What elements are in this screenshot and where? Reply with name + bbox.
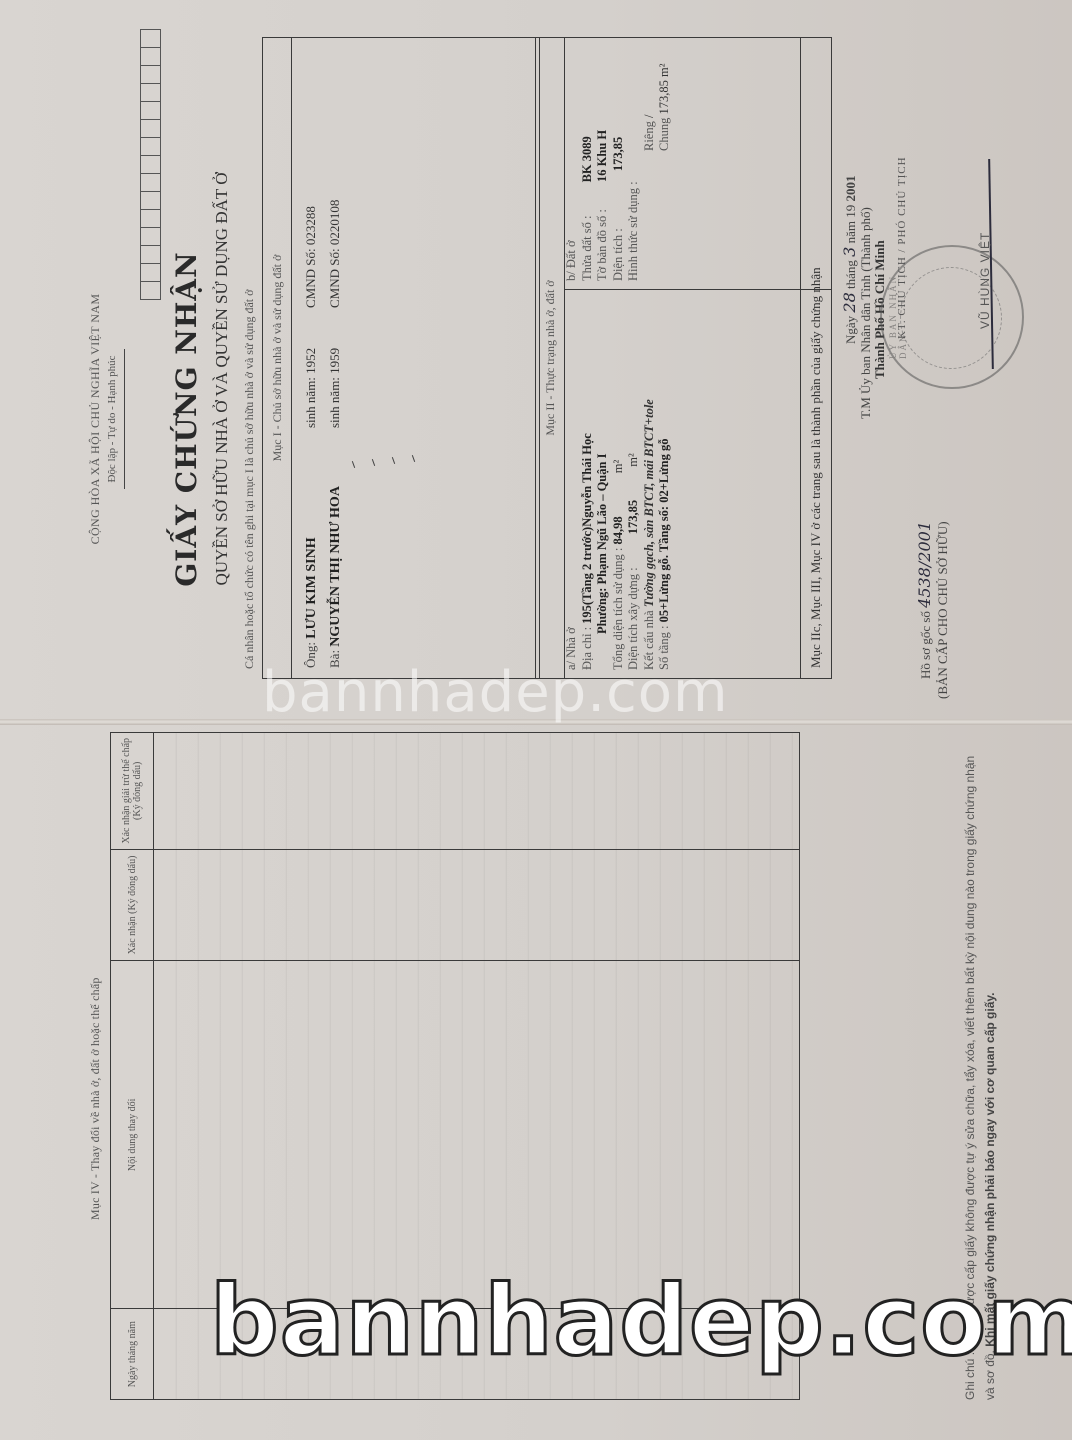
- document-subtitle: QUYỀN SỞ HỮU NHÀ Ở VÀ QUYỀN SỬ DỤNG ĐẤT …: [212, 39, 232, 719]
- watermark-small: bannhadep.com: [262, 660, 729, 725]
- shared-use: 173,85 m²: [657, 64, 671, 115]
- motto: Độc lập - Tự do - Hạnh phúc: [106, 119, 118, 719]
- owner-row: Ông: LƯU KIM SINH sinh năm: 1952 CMND Số…: [303, 537, 320, 668]
- column-header-mortgage-release: Xác nhận giải trừ thế chấp (Ký đóng dấu): [111, 733, 154, 850]
- section-footer: Mục IIc, Mục III, Mục IV ở các trang sau…: [800, 38, 831, 678]
- land-area: 173,85: [611, 137, 625, 171]
- nation-header: CỘNG HÒA XÃ HỘI CHỦ NGHĨA VIỆT NAM: [88, 119, 103, 719]
- owner-birth-year: sinh năm: 1952: [303, 348, 319, 428]
- column-header-confirmation: Xác nhận (Ký đóng dấu): [111, 849, 154, 961]
- header-underline: [124, 349, 125, 489]
- build-area: 173,85: [626, 500, 640, 534]
- empty-cell: [154, 733, 800, 850]
- intro-text: Cá nhân hoặc tổ chức có tên ghi tại mục …: [242, 290, 257, 669]
- house-address: 195(Tầng 2 trước)Nguyễn Thái Học: [580, 433, 594, 624]
- section-title-muc-iv: Mục IV - Thay đổi về nhà ở, đất ở hoặc t…: [88, 977, 103, 1220]
- owner-name: LƯU KIM SINH: [304, 537, 319, 638]
- official-seal-icon: ỦY BAN NHÂN DÂN: [880, 245, 1024, 389]
- private-use: /: [642, 115, 656, 118]
- page-cover: CỘNG HÒA XÃ HỘI CHỦ NGHĨA VIỆT NAM Độc l…: [0, 0, 1072, 719]
- house-details: a/ Nhà ở Địa chỉ : 195(Tầng 2 trước)Nguy…: [564, 290, 831, 670]
- owner-birth-year: sinh năm: 1959: [327, 348, 343, 428]
- map-sheet: 16 Khu H: [595, 130, 609, 182]
- owner-id-number: CMND Số: 023288: [303, 206, 319, 308]
- document-title: GIẤY CHỨNG NHẬN: [170, 119, 203, 719]
- section-muc-i: Mục I - Chủ sở hữu nhà ở và sử dụng đất …: [262, 37, 540, 679]
- total-area: 84,98: [611, 516, 625, 544]
- watermark-large: bannhadep.com: [210, 1265, 1072, 1377]
- owner-id-number: CMND Số: 0220108: [327, 200, 343, 308]
- empty-cell: [154, 849, 800, 961]
- file-number: Hồ sơ gốc số 4538/2001: [915, 521, 934, 679]
- owner-name: NGUYỄN THỊ NHƯ HOA: [328, 486, 343, 647]
- section-muc-ii: Mục II - Thực trạng nhà ở, đất ở a/ Nhà …: [535, 37, 832, 679]
- signer-name: VŨ HÙNG VIỆT: [978, 232, 992, 329]
- parcel-number: BK 3089: [580, 136, 594, 182]
- table-header-row: Ngày tháng năm Nội dung thay đổi Xác nhậ…: [111, 733, 154, 1400]
- serial-number-boxes: [140, 29, 161, 299]
- land-details: b/ Đất ở Thửa đất số : BK 3089 Tờ bản đồ…: [564, 38, 831, 290]
- issue-month: 3: [840, 247, 859, 257]
- issue-year: 2001: [843, 176, 858, 202]
- floors: 05+Lửng gỗ. Tầng số: 02+Lửng gỗ: [657, 439, 671, 623]
- column-header-date: Ngày tháng năm: [111, 1309, 154, 1400]
- issue-date: Ngày 28 tháng 3 năm 19 2001: [840, 176, 859, 345]
- issue-day: 28: [840, 292, 859, 312]
- column-header-content: Nội dung thay đổi: [111, 961, 154, 1309]
- house-ward: Phường: Phạm Ngũ Lão – Quận I: [595, 290, 611, 670]
- house-structure: Tường gạch, sàn BTCT, mái BTCT+tole: [642, 399, 656, 607]
- section-heading-muc-ii: Mục II - Thực trạng nhà ở, đất ở: [536, 38, 565, 678]
- copy-designation: (BẢN CẤP CHO CHỦ SỞ HỮU): [935, 521, 951, 699]
- owner-row: Bà: NGUYỄN THỊ NHƯ HOA sinh năm: 1959 CM…: [327, 486, 344, 668]
- section-heading-muc-i: Mục I - Chủ sở hữu nhà ở và sử dụng đất …: [263, 38, 292, 678]
- empty-cell: [154, 961, 800, 1309]
